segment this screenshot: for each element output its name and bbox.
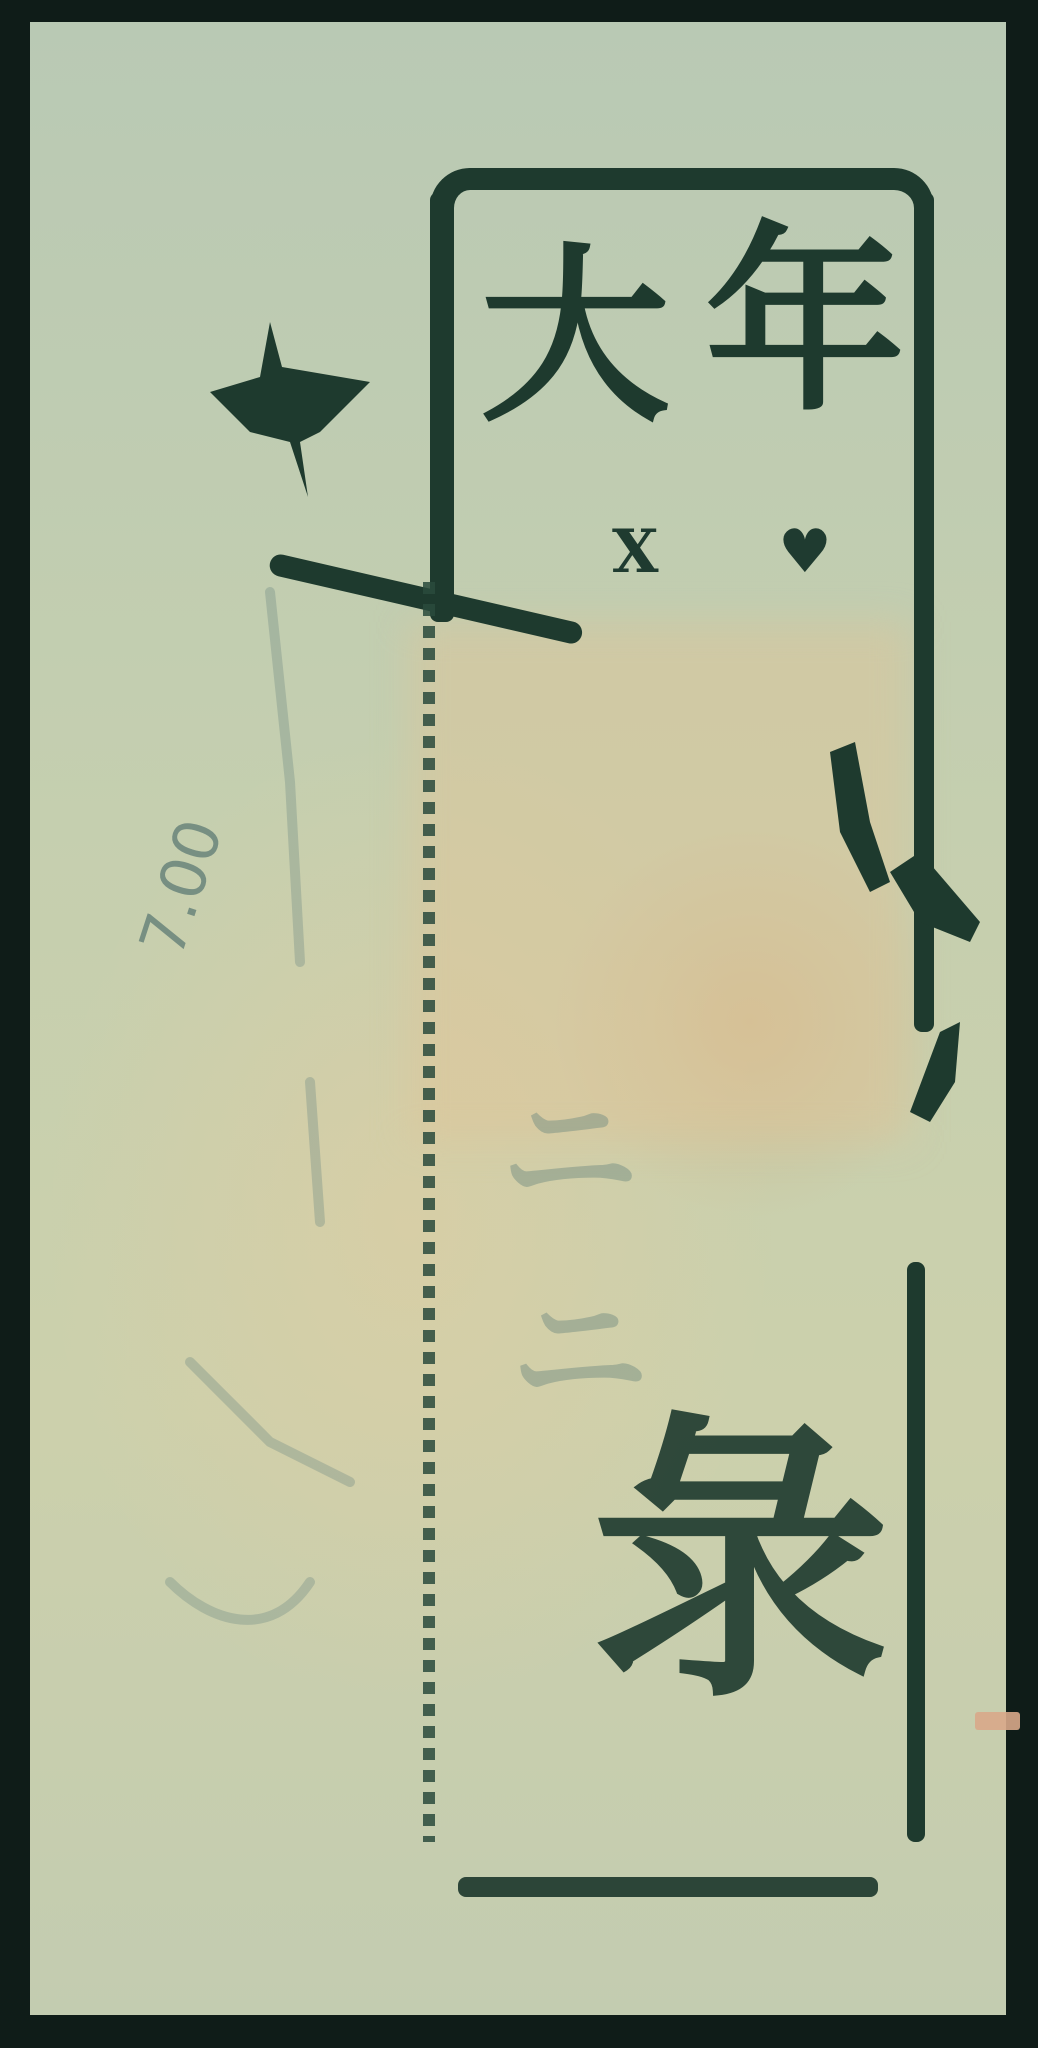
frame-right-border-lower — [907, 1262, 925, 1842]
stamp-small-mark-left: X — [612, 522, 659, 582]
stamp-character-bottom: 彔 — [590, 1412, 890, 1712]
frame-bottom-border — [458, 1877, 878, 1897]
stamp-small-mark-right: ♥ — [778, 522, 832, 582]
dotted-vertical-line — [423, 582, 435, 1842]
pencil-strokes — [150, 582, 450, 1682]
paper-fiber-mark — [975, 1712, 1020, 1730]
faint-character-1: ニ — [500, 1082, 640, 1222]
right-ink-mark — [810, 742, 990, 1122]
frame-top-border — [460, 168, 900, 190]
stamp-character-nian: 年 — [705, 222, 905, 422]
leaf-ornament-icon — [210, 322, 370, 502]
paper-sheet: 7.00 大 年 X ♥ ニ ニ 彔 — [30, 22, 1006, 2015]
frame-left-border — [430, 192, 454, 622]
stamp-character-da: 大 — [480, 242, 670, 432]
